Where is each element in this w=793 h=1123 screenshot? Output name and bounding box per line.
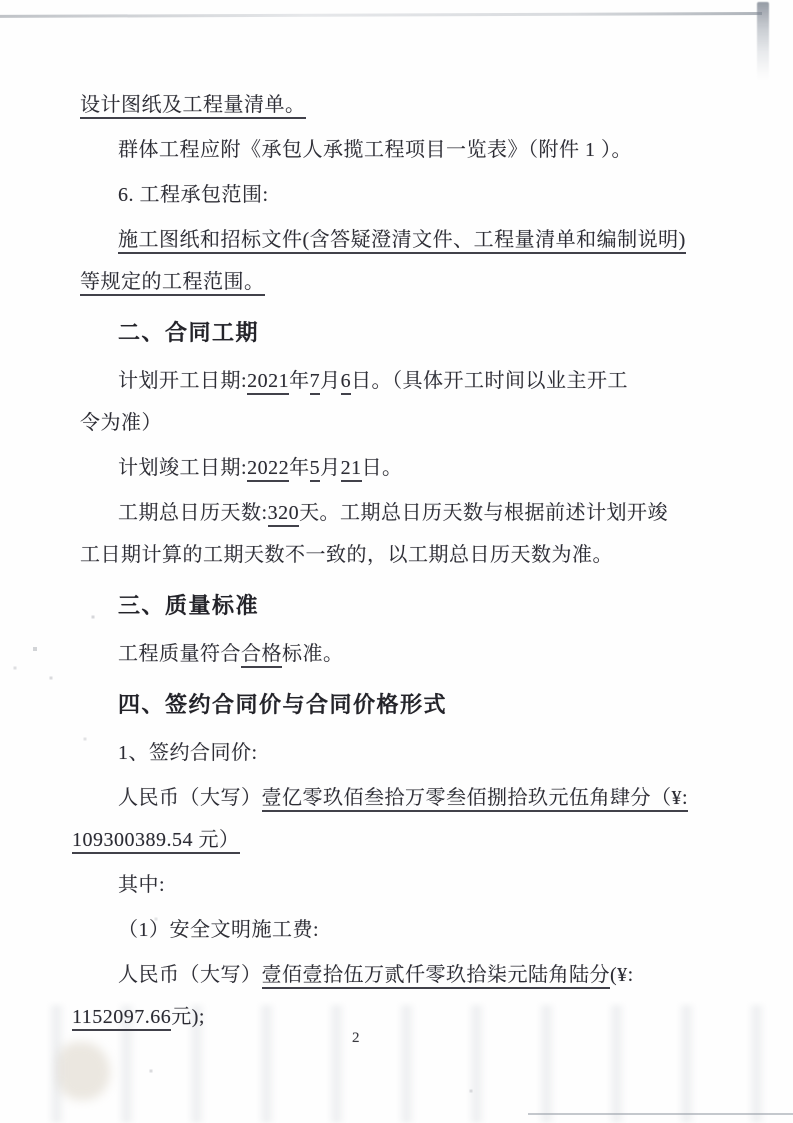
scope-field-line2: 等规定的工程范围。 — [80, 270, 265, 296]
text-segment: （1）安全文明施工费: — [118, 909, 319, 951]
heading-section-3: 三、质量标准 — [80, 585, 718, 627]
contract-price-number: 109300389.54 元） — [72, 828, 240, 854]
text-segment: 计划开工日期: — [118, 360, 247, 402]
finish-year: 2022 — [247, 456, 289, 482]
scan-artifact-bottom-right-line — [528, 1113, 793, 1115]
text-segment: 计划竣工日期: — [118, 447, 247, 489]
text-segment: 工程质量符合 — [118, 633, 241, 675]
scan-artifact-speckles — [0, 0, 2, 2]
text-segment: 三、质量标准 — [118, 585, 259, 627]
text-segment: 月 — [320, 447, 341, 489]
text-segment: (¥: — [610, 954, 634, 996]
text-segment: 元); — [171, 996, 205, 1038]
text-segment: 令为准） — [80, 402, 162, 444]
among-which-label: 其中: — [80, 864, 718, 906]
scope-field-line1: 施工图纸和招标文件(含答疑澄清文件、工程量清单和编制说明) — [118, 228, 686, 254]
text-segment: 天。工期总日历天数与根据前述计划开竣 — [299, 492, 668, 534]
text-segment: 四、签约合同价与合同价格形式 — [118, 684, 447, 726]
quality-grade-value: 合格 — [241, 642, 282, 668]
finish-day: 21 — [341, 456, 362, 482]
planned-finish-date: 计划竣工日期: 2022 年 5 月 21 日。 — [80, 447, 718, 489]
text-segment: 二、合同工期 — [118, 312, 259, 354]
total-calendar-days-wrap: 工日期计算的工期天数不一致的，以工期总日历天数为准。 — [80, 534, 718, 576]
finish-month: 5 — [310, 456, 321, 482]
text-segment: 日。（具体开工时间以业主开工 — [351, 360, 628, 402]
clause-scope-detail-wrap: 等规定的工程范围。 — [80, 261, 718, 303]
text-segment: 其中: — [118, 864, 165, 906]
clause-6-scope-label: 6. 工程承包范围: — [80, 174, 718, 216]
text-segment: 标准。 — [282, 633, 344, 675]
start-year: 2021 — [247, 369, 289, 395]
clause-scope-detail: 施工图纸和招标文件(含答疑澄清文件、工程量清单和编制说明) — [80, 219, 718, 261]
contract-price-figures: 109300389.54 元） — [72, 819, 718, 861]
contract-price-words: 人民币（大写）壹亿零玖佰叁拾万零叁佰捌拾玖元伍角肆分（¥: — [80, 777, 718, 819]
planned-start-date: 计划开工日期: 2021 年 7 月 6 日。（具体开工时间以业主开工 — [80, 360, 718, 402]
safety-fee-words: 人民币（大写） 壹佰壹拾伍万贰仟零玖拾柒元陆角陆分 (¥: — [80, 954, 718, 996]
text-segment: 工期总日历天数: — [118, 492, 268, 534]
scan-artifact-bottom-left-blob — [58, 1042, 110, 1100]
start-day: 6 — [341, 369, 352, 395]
text-segment: 年 — [289, 447, 310, 489]
scan-artifact-top-right-smudge — [757, 2, 769, 80]
design-drawings-field: 设计图纸及工程量清单。 — [80, 93, 306, 119]
heading-section-2: 二、合同工期 — [80, 312, 718, 354]
text-segment: 日。 — [362, 447, 403, 489]
document-content: 设计图纸及工程量清单。群体工程应附《承包人承揽工程项目一览表》（附件 1 ）。6… — [80, 84, 718, 1038]
safety-fee-capital: 壹佰壹拾伍万贰仟零玖拾柒元陆角陆分 — [262, 963, 611, 989]
total-calendar-days: 工期总日历天数: 320 天。工期总日历天数与根据前述计划开竣 — [80, 492, 718, 534]
text-segment: 群体工程应附《承包人承揽工程项目一览表》（附件 1 ）。 — [118, 129, 632, 171]
clause-design-drawings: 设计图纸及工程量清单。 — [80, 84, 718, 126]
safety-fee-label: （1）安全文明施工费: — [80, 909, 718, 951]
safety-fee-figures: 1152097.66 元); — [72, 996, 718, 1038]
contract-price-capital: 壹亿零玖佰叁拾万零叁佰捌拾玖元伍角肆分（¥: — [262, 786, 689, 812]
text-segment: 人民币（大写） — [118, 777, 262, 819]
text-segment: 人民币（大写） — [118, 954, 262, 996]
heading-section-4: 四、签约合同价与合同价格形式 — [80, 684, 718, 726]
text-segment: 年 — [289, 360, 310, 402]
text-segment: 1、签约合同价: — [118, 732, 258, 774]
quality-standard: 工程质量符合 合格 标准。 — [80, 633, 718, 675]
start-month: 7 — [310, 369, 321, 395]
total-days-value: 320 — [268, 501, 300, 527]
clause-group-project: 群体工程应附《承包人承揽工程项目一览表》（附件 1 ）。 — [80, 129, 718, 171]
text-segment: 6. 工程承包范围: — [118, 174, 269, 216]
planned-start-date-wrap: 令为准） — [80, 402, 718, 444]
page-number: 2 — [352, 1030, 360, 1047]
text-segment: 月 — [320, 360, 341, 402]
safety-fee-number: 1152097.66 — [72, 1005, 171, 1031]
text-segment: 工日期计算的工期天数不一致的，以工期总日历天数为准。 — [80, 534, 613, 576]
scanned-document-page: 设计图纸及工程量清单。群体工程应附《承包人承揽工程项目一览表》（附件 1 ）。6… — [0, 0, 793, 1123]
scan-artifact-top-edge — [0, 12, 762, 17]
clause-contract-price-label: 1、签约合同价: — [80, 732, 718, 774]
